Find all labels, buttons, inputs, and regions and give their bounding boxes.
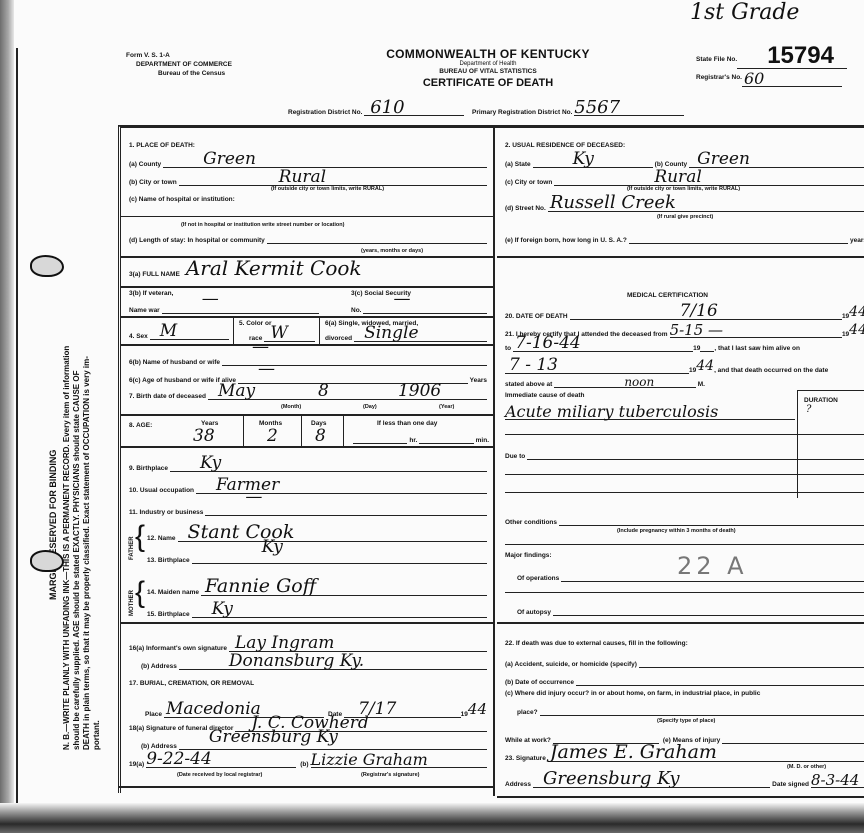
last-seen-value: 7 - 13 [509,355,558,375]
occupation-field: 10. Usual occupation Farmer [129,482,487,494]
residence-city-field: (c) City or town Rural [505,174,864,186]
war-field: Name war — [129,302,319,314]
father-name-field: 12. Name Stant Cook [147,530,487,542]
reg-district-label: Registration District No. [288,109,362,116]
physician-address-field: Address Greensburg Ky Date signed 8-3-44 [505,776,864,788]
veteran-label: 3(b) If veteran, [129,290,173,297]
registrar-signature-value: Lizzie Graham [311,750,428,769]
physician-address-value: Greensburg Ky [543,768,680,789]
veteran-section: 3(b) If veteran, Name war — 3(c) Social … [121,288,493,318]
immediate-cause-label: Immediate cause of death [505,392,584,399]
duration-value: ? [798,404,864,415]
state-file-label: State File No. [696,51,737,69]
instructions-line-2: should be carefully supplied. AGE should… [72,371,81,750]
autopsy-field: Of autopsy [517,604,864,616]
father-birthplace-value: Ky [262,537,283,557]
instructions-line-3: DEATH in plain terms, so that it may be … [82,356,91,750]
date-received-value: 9-22-44 [146,749,212,769]
right-column: 2. USUAL RESIDENCE OF DECEASED: (a) Stat… [497,128,864,796]
race-value: W [270,323,287,343]
certificate-form: 1. PLACE OF DEATH: (a) County Green (b) … [118,125,864,793]
date-of-death-field: 20. DATE OF DEATH 7/16 19 44 [505,304,864,320]
file-numbers: State File No. 15794 Registrar's No. 60 [696,49,847,87]
length-of-stay-field: (d) Length of stay: In hospital or commu… [129,232,487,244]
residence-state-value: Ky [573,149,594,169]
immediate-cause-field: Acute miliary tuberculosis [505,408,795,420]
father-birthplace-field: 13. Birthplace Ky [147,552,487,564]
external-causes-section: 22. If death was due to external causes,… [497,624,864,796]
binding-hole-top [30,255,64,277]
sex-value: M [160,321,177,341]
death-county-value: Green [203,149,256,169]
dept-health: Department of Health [358,61,618,68]
medical-heading: MEDICAL CERTIFICATION [627,292,708,299]
other-conditions-field: Other conditions [505,514,864,526]
registrar-no-label: Registrar's No. [696,69,742,87]
birthplace-occupation-section: 9. Birthplace Ky 10. Usual occupation Fa… [121,448,493,516]
residence-heading: 2. USUAL RESIDENCE OF DECEASED: [505,142,625,149]
time-of-death-value: noon [624,375,654,389]
informant-burial-section: 16(a) Informant's own signature Lay Ingr… [121,624,493,796]
age-days-value: 8 [315,426,326,446]
scan-edge-left [0,0,14,833]
federal-dept-block: Form V. S. 1-A DEPARTMENT OF COMMERCE Bu… [126,51,232,78]
death-city-value: Rural [279,167,326,187]
registrar-no-value: 60 [742,72,842,87]
birthplace-field: 9. Birthplace Ky [129,460,487,472]
hospital-field: (c) Name of hospital or institution: [129,196,235,203]
attended-to-value: 7-16-44 [515,333,581,353]
death-year-value: 44 [849,304,864,320]
registration-district-row: Registration District No. 610 Primary Re… [288,101,684,116]
burial-year-value: 44 [468,700,487,718]
physician-signature-value: James E. Graham [550,741,717,763]
place-of-death-section: 1. PLACE OF DEATH: (a) County Green (b) … [121,128,493,258]
duration-box: DURATION ? [797,390,864,498]
stay-note: (years, months or days) [361,248,423,254]
mother-name-field: 14. Maiden name Fannie Goff [147,584,487,596]
residence-section: 2. USUAL RESIDENCE OF DECEASED: (a) Stat… [497,128,864,258]
spouse-name-field: 6(b) Name of husband or wife — [129,354,487,366]
certificate-title: CERTIFICATE OF DEATH [358,77,618,89]
registrar-row: 19(a) 9-22-44 (b) Lizzie Graham [129,756,487,768]
death-city-note: (If outside city or town limits, write R… [271,186,384,192]
birth-year-value: 1906 [398,381,441,401]
bureau-census: Bureau of the Census [126,69,232,78]
physician-signature-field: 23. Signature James E. Graham [505,750,864,762]
certificate-header: Form V. S. 1-A DEPARTMENT OF COMMERCE Bu… [118,45,864,125]
residence-city-value: Rural [654,167,701,187]
residence-street-field: (d) Street No. Russell Creek [505,200,864,212]
dept-commerce: DEPARTMENT OF COMMERCE [126,60,232,69]
mother-birthplace-field: 15. Birthplace Ky [147,606,487,618]
time-of-death-field: stated above at noon M. [505,376,705,388]
state-title: COMMONWEALTH OF KENTUCKY [358,47,618,61]
title-block: COMMONWEALTH OF KENTUCKY Department of H… [358,47,618,89]
date-signed-value: 8-3-44 [811,771,859,789]
place-of-death-heading: 1. PLACE OF DEATH: [129,142,195,149]
date-of-death-value: 7/16 [680,301,718,321]
mother-birthplace-value: Ky [212,599,233,619]
accident-field: (a) Accident, suicide, or homicide (spec… [505,656,864,668]
death-city-field: (b) City or town Rural [129,174,487,186]
occurrence-date-field: (b) Date of occurrence [505,674,864,686]
mother-name-value: Fannie Goff [205,575,316,597]
form-number: Form V. S. 1-A [126,51,232,60]
instructions-line-1: N. B.—WRITE PLAINLY WITH UNFADING INK—TH… [62,346,71,750]
director-address-value: Greensburg Ky [209,727,338,747]
hours-minutes-field: hr.min. [353,432,489,444]
birth-day-value: 8 [318,381,329,401]
full-name-value: Aral Kermit Cook [186,256,362,280]
immediate-cause-value: Acute miliary tuberculosis [505,402,718,421]
reg-district-value: 610 [364,101,464,116]
parents-section: FATHER { 12. Name Stant Cook 13. Birthpl… [121,516,493,624]
attended-to-field: to 7-16-44 19 , that I last saw him aliv… [505,340,864,352]
binding-hole-bottom [30,550,64,572]
major-findings-label: Major findings: [505,552,552,559]
operations-field: Of operations [517,570,864,582]
binding-note: MARGIN RESERVED FOR BINDING [48,450,58,600]
birthplace-value: Ky [200,453,221,473]
spouse-birth-section: 6(b) Name of husband or wife — 6(c) Age … [121,346,493,416]
sex-field: 4. Sex M [129,328,229,340]
scan-edge-bottom [0,803,864,833]
marital-field: divorced Single [325,330,487,342]
attended-from-value: 5-15 — [670,321,723,339]
medical-certification-section: MEDICAL CERTIFICATION 20. DATE OF DEATH … [497,288,864,624]
duration-label: DURATION [798,391,864,404]
marital-value: Single [364,323,418,343]
ss-field: No. — [351,302,487,314]
bureau-vital-stats: BUREAU OF VITAL STATISTICS [358,68,618,75]
residence-street-value: Russell Creek [550,192,676,213]
state-file-value: 15794 [767,42,834,69]
primary-reg-value: 5567 [574,101,684,116]
primary-reg-label: Primary Registration District No. [472,109,572,116]
burial-heading: 17. BURIAL, CREMATION, OR REMOVAL [129,680,254,687]
top-annotation: 1st Grade [690,0,799,25]
full-name-section: 3(a) FULL NAME Aral Kermit Cook [121,258,493,288]
external-heading: 22. If death was due to external causes,… [505,640,688,647]
age-months-value: 2 [267,426,278,446]
age-years-value: 38 [193,426,215,446]
informant-address-field: (b) Address Donansburg Ky. [129,658,487,670]
last-seen-field: 7 - 13 19 44 , and that death occurred o… [505,358,864,374]
instructions-line-4: portant. [92,720,101,750]
birth-date-field: 7. Birth date of deceased May 8 1906 [129,388,487,400]
burial-place-value: Macedonia [166,699,261,719]
age-label: 8. AGE: [129,422,152,429]
hospital-note: (If not in hospital or institution write… [181,222,344,228]
age-section: 8. AGE: Years 38 Months 2 Days 8 If less… [121,416,493,448]
residence-county-value: Green [697,149,750,169]
binding-margin: MARGIN RESERVED FOR BINDING N. B.—WRITE … [20,60,112,780]
sex-race-marital-section: 4. Sex M 5. Color or race W 6(a) Single,… [121,318,493,346]
left-column: 1. PLACE OF DEATH: (a) County Green (b) … [121,128,495,796]
informant-address-value: Donansburg Ky. [229,651,364,671]
race-field: race W [239,330,315,342]
industry-field: 11. Industry or business — [129,504,487,516]
injury-place-field: place? [517,704,864,716]
informant-signature-value: Lay Ingram [235,633,334,653]
foreign-born-field: (e) If foreign born, how long in U. S. A… [505,232,864,244]
birth-month-value: May [218,381,255,401]
